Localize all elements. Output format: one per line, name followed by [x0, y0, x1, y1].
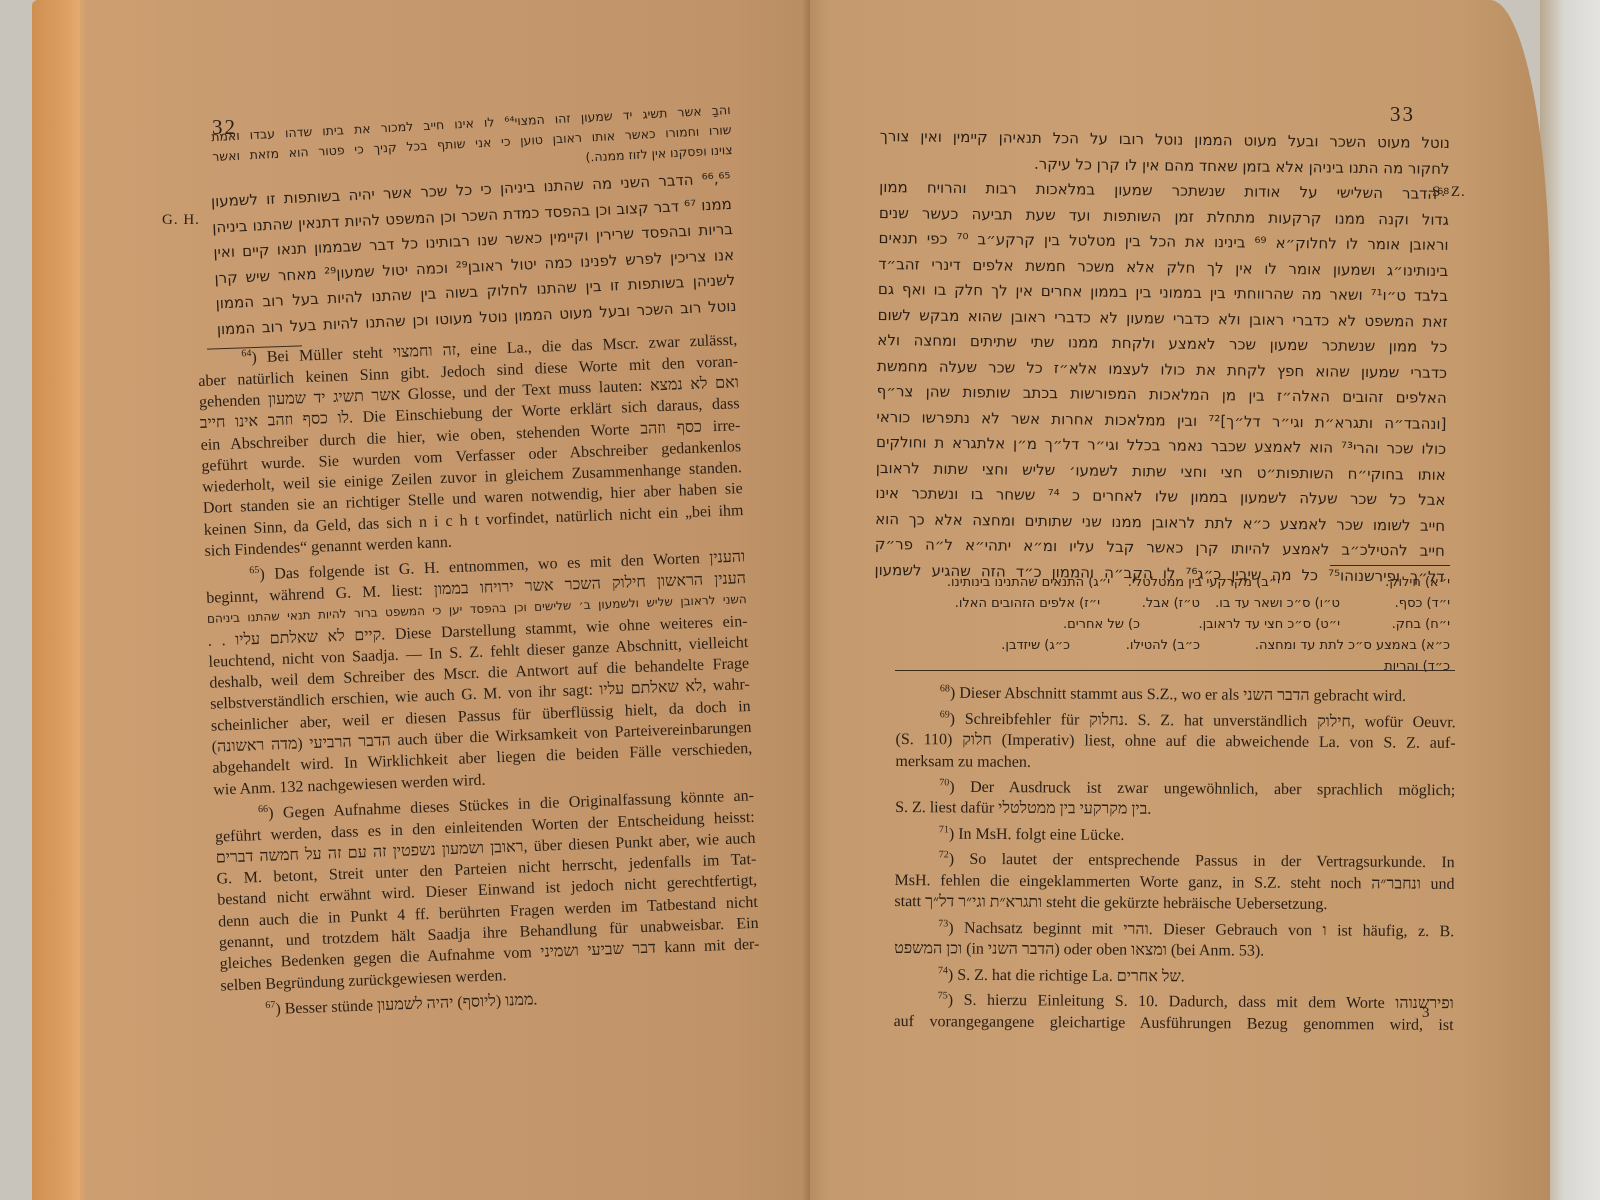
- variant-row: י״ד) כסף.ט״ו) ס״כ ושאר עד בו.ט״ז) אבל.י״…: [890, 593, 1450, 614]
- footnote-68: 68) Dieser Abschnitt stammt aus S.Z., wo…: [896, 678, 1456, 708]
- footnote-73: 73) Nachsatz beginnt mit והרי. Dieser Ge…: [894, 913, 1454, 943]
- footnotes-block: 64) Bei Müller steht זה וחמצוי, eine La.…: [197, 325, 761, 1022]
- right-page: 33 S. Z. נוטל מעוט השכר ובעל מעוט הממון …: [810, 0, 1550, 1200]
- footnote-74: 74) S. Z. hat die richtige La. של אחרים.: [894, 960, 1454, 990]
- variant-row: כ״ד) והריות: [890, 656, 1450, 677]
- footnote-70: 70) Der Ausdruck ist zwar ungewöhnlich, …: [895, 772, 1455, 802]
- variant-row: י״ח) בחק.י״ט) ס״כ חצי עד לראובן.כ) של אח…: [890, 614, 1450, 635]
- footnote-69: 69) Schreibfehler für נחלוק. S. Z. hat u…: [896, 704, 1456, 734]
- footnote-72: 72) So lautet der entsprechende Passus i…: [895, 844, 1455, 874]
- footnote-75: 75) S. hierzu Einleitung S. 10. Dadurch,…: [894, 985, 1454, 1015]
- margin-source-label: G. H.: [162, 212, 200, 229]
- variant-row: י״א) חילוק.י״ב) מקרקעי בין ממטלטלי.י״ג) …: [890, 572, 1450, 593]
- variant-row: כ״א) באמצע ס״כ לתת עד ומחצה.כ״ב) להטילו.…: [890, 635, 1450, 656]
- footnotes-block: 68) Dieser Abschnitt stammt aus S.Z., wo…: [894, 678, 1456, 1036]
- left-page: 32 והבַ אשר תשיג יד שמעון זהו המצוי⁶⁴ לו…: [32, 0, 810, 1200]
- footnote-66: 66) Gegen Aufnahme dieses Stückes in die…: [214, 781, 761, 997]
- footnote-line: auf vorangegangene gleichartige Ausführu…: [894, 1011, 1454, 1036]
- footnote-71: 71) In MsH. folgt eine Lücke.: [895, 819, 1455, 849]
- hebrew-main-block: נוטל מעוט השכר ובעל מעוט הממון נוטל רובו…: [874, 124, 1450, 590]
- variant-readings: י״א) חילוק.י״ב) מקרקעי בין ממטלטלי.י״ג) …: [890, 572, 1450, 677]
- variants-divider: [1330, 565, 1450, 566]
- footnote-64: 64) Bei Müller steht זה וחמצוי, eine La.…: [197, 325, 745, 562]
- footnote-divider: [895, 670, 1455, 671]
- signature-mark: 3: [1422, 1005, 1430, 1022]
- page-number: 33: [1390, 102, 1415, 127]
- page-stack-edge: [32, 0, 80, 1200]
- footnote-65: 65) Das folgende ist G. H. entnommen, wo…: [205, 542, 753, 800]
- hebrew-main-block: ⁶⁶,⁶⁵ הדבר השני מה שהתנו ביניהן כי כל שכ…: [211, 166, 737, 342]
